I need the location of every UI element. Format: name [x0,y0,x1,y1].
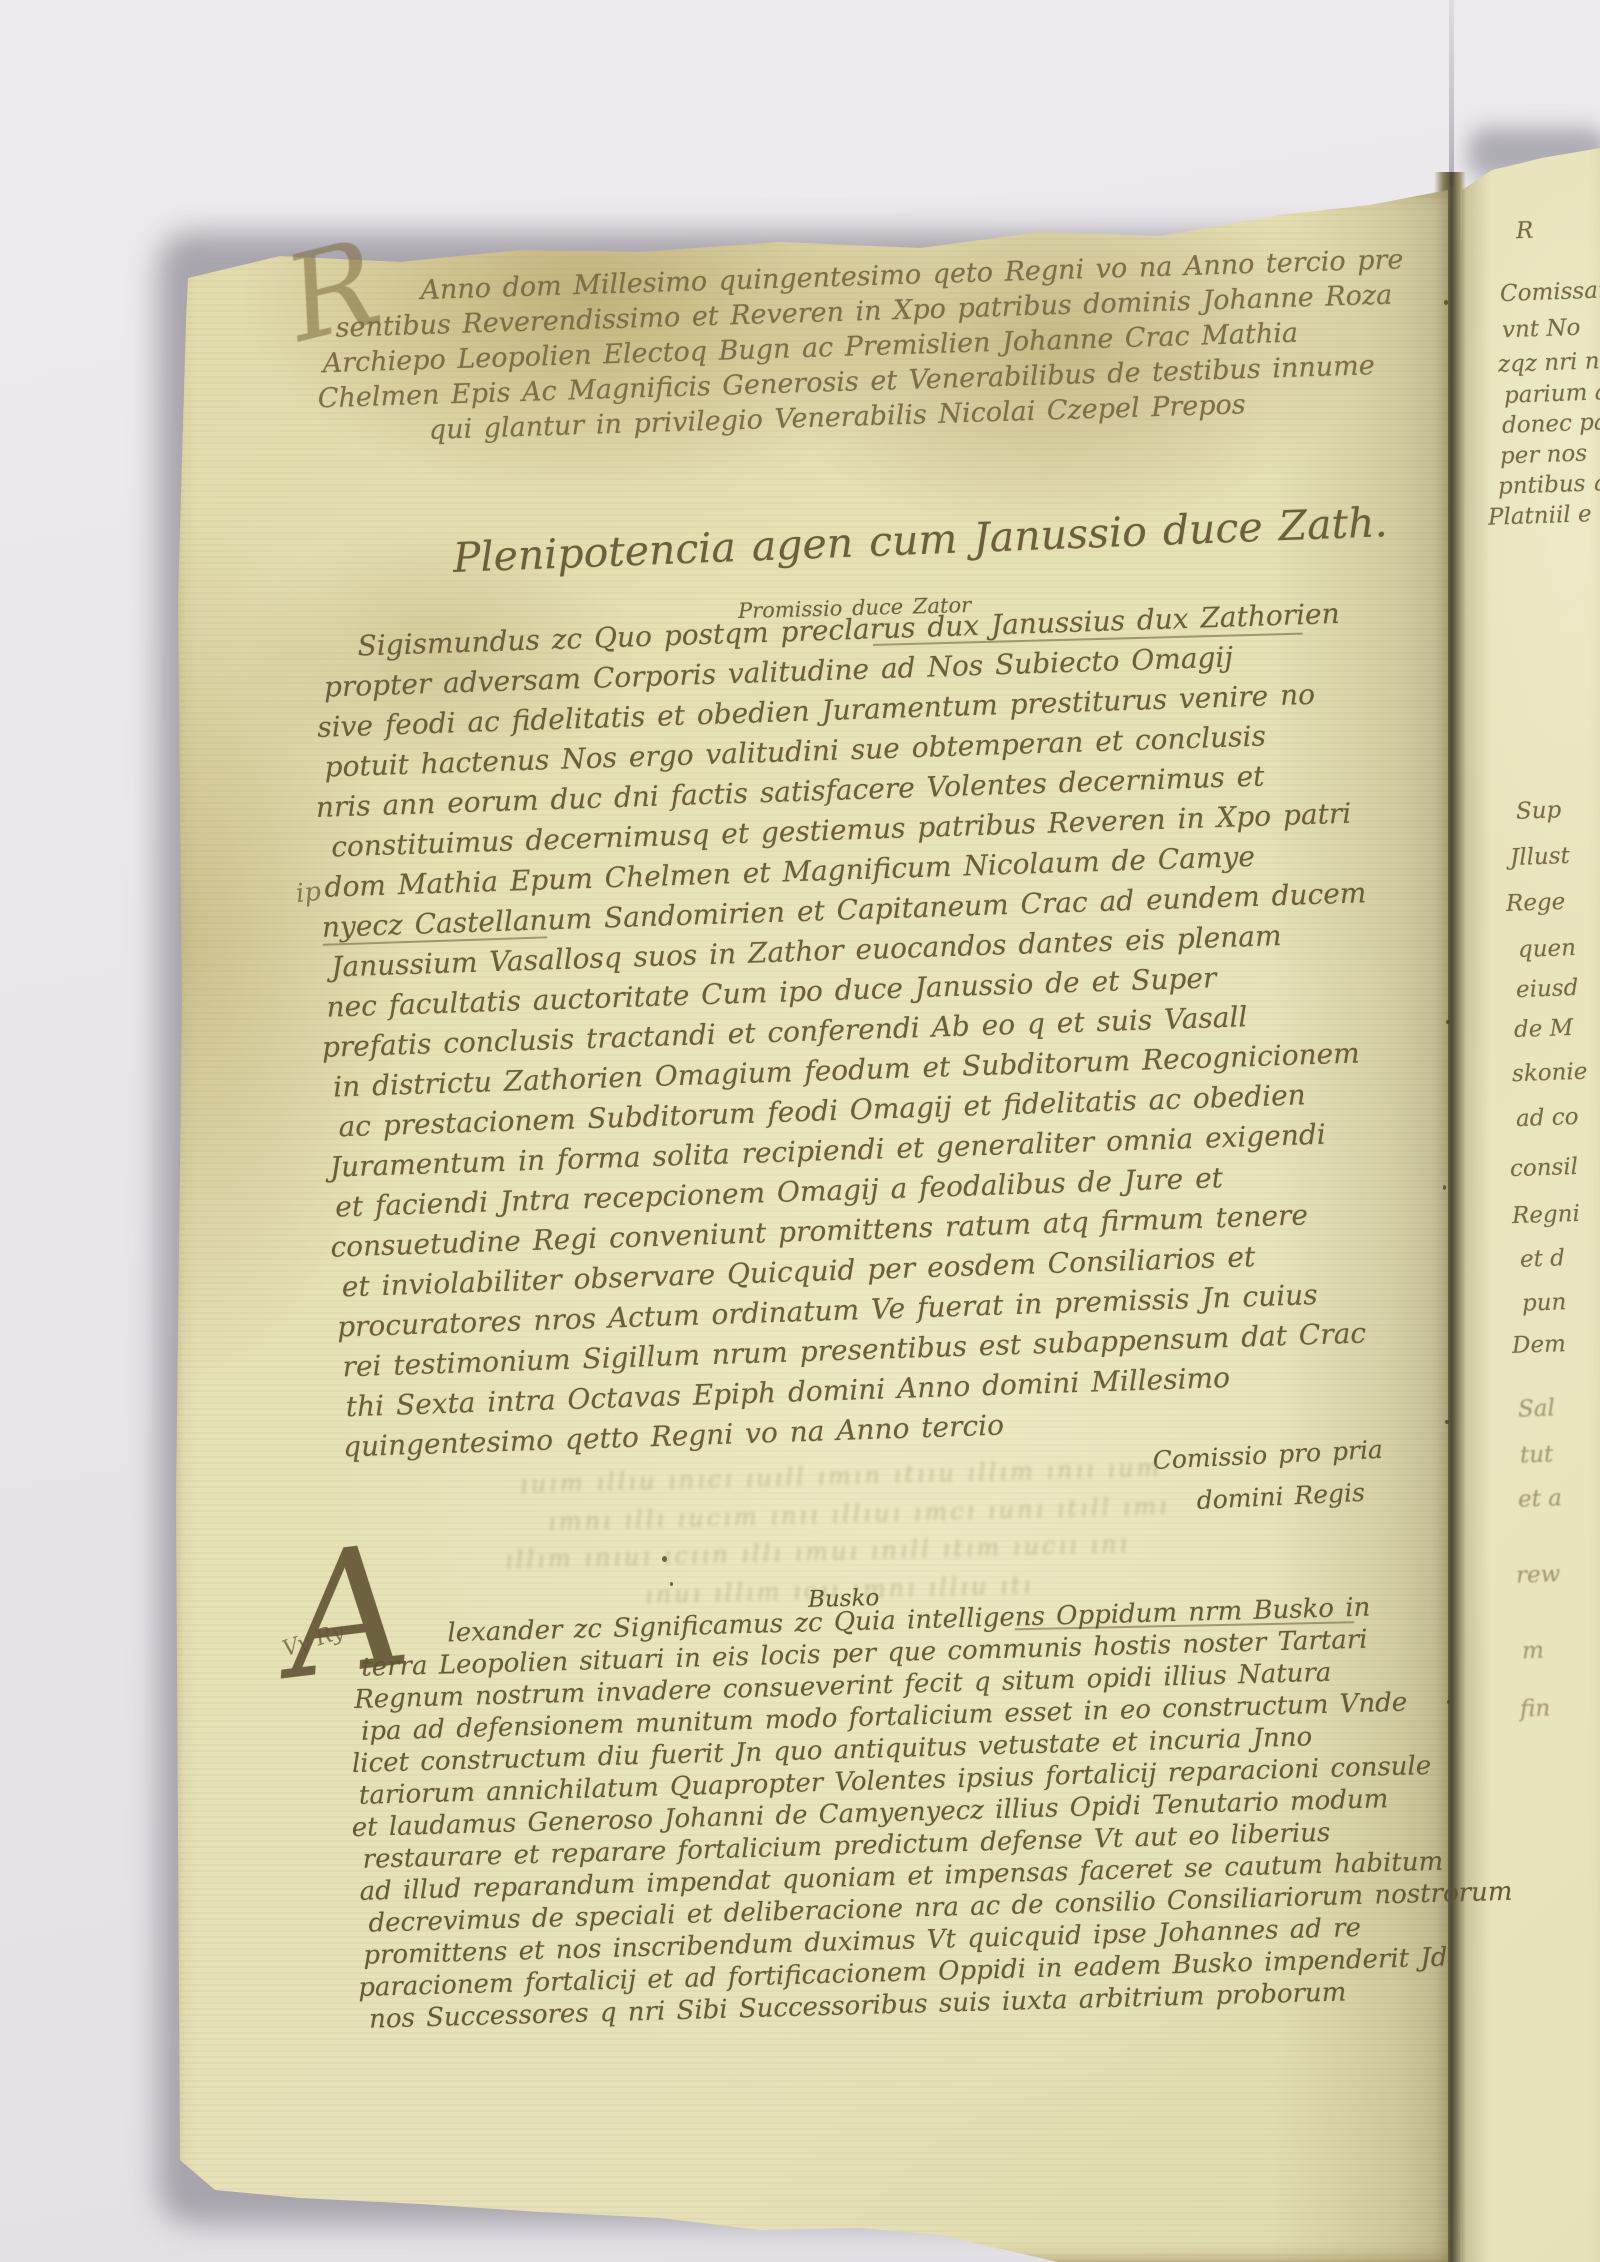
ink-speck [1444,300,1448,305]
ink-speck [662,1556,667,1562]
ink-speck [1446,1020,1450,1024]
facing-page-text-fragment: Sup [1516,797,1562,825]
facing-page-text-fragment: skonie [1512,1059,1588,1088]
facing-page-text-fragment: per nos [1500,440,1588,469]
facing-page-text-fragment: Regni [1512,1201,1581,1229]
facing-page-text-fragment: vnt No [1502,315,1581,344]
facing-page-text-fragment: consil [1510,1154,1579,1182]
facing-page-text-fragment: R [1516,218,1534,245]
facing-page-text-fragment: eiusd [1516,975,1579,1003]
entry2-body: lexander zc Significamus zc Quia intelli… [352,1588,1516,2036]
facing-page-text-fragment: zqz nri n [1498,348,1600,378]
facing-page-text-fragment: ad co [1516,1104,1579,1132]
backdrop-seam [1449,0,1454,186]
facing-page-text-fragment: m [1522,1638,1545,1665]
entry1-body: Sigismundus zc Quo postqm preclarus dux … [312,593,1384,1467]
facing-page-text-fragment: fin [1520,1695,1551,1722]
facing-page-text-fragment: Platniil e [1488,501,1592,531]
intro-paragraph: Anno dom Millesimo quingentesimo qeto Re… [328,242,1408,451]
facing-page-text-fragment: Dem [1512,1331,1567,1359]
facing-page-text-fragment: rew [1516,1561,1561,1589]
ink-speck [1445,1420,1449,1424]
facing-page-text-fragment: pun [1522,1289,1567,1317]
facing-page-text-fragment: donec pa [1502,409,1600,439]
ink-speck [1443,1185,1446,1190]
facing-page-text-fragment: et d [1520,1245,1566,1273]
facing-page-text-fragment: Jllust [1510,843,1571,871]
facing-page-text-fragment: tut [1520,1441,1554,1468]
facing-page-text-fragment: pntibus q [1498,470,1600,500]
facing-page-text-fragment: et a [1518,1485,1563,1513]
margin-mark-1: ip [295,877,323,909]
facing-page-text-fragment: Rege [1506,889,1566,917]
manuscript-photo: RComissariorumvnt Nozqz nri nparium adon… [0,0,1600,2262]
facing-page-text-fragment: Comissariorum [1500,275,1600,307]
ink-speck [1447,1700,1450,1704]
facing-page-text-fragment: parium a [1504,379,1600,409]
facing-page-text-fragment: Sal [1518,1395,1556,1422]
facing-page-text-fragment: de M [1514,1015,1574,1043]
ink-speck [670,1582,673,1586]
facing-page-text-fragment: quen [1518,935,1577,963]
